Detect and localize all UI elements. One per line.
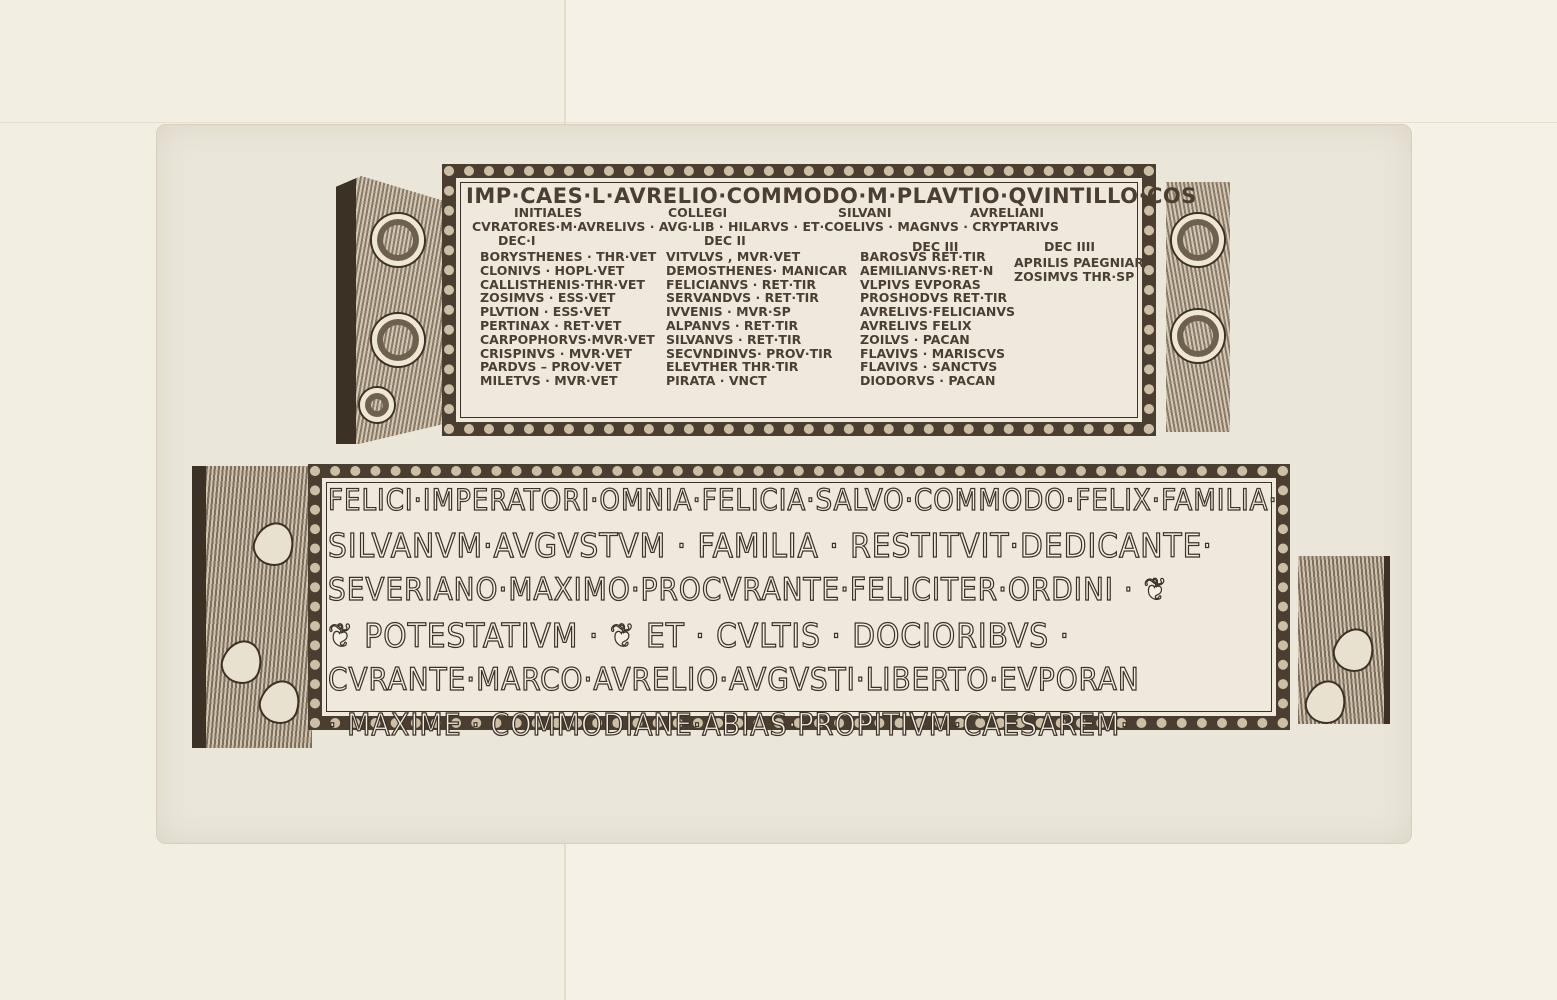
- member-line: FLAVIVS · SANCTVS: [860, 360, 1015, 374]
- decuria-4-column: APRILIS PAEGNIAR ZOSIMVS THR·SP: [1014, 256, 1144, 284]
- decuria-4-label: DEC IIII: [1044, 240, 1095, 254]
- decuria-1-label: DEC·I: [498, 234, 536, 248]
- curators-line: CVRATORES·M·AVRELIVS · AVG·LIB · HILARVS…: [472, 220, 1059, 234]
- horizontal-fold: [0, 122, 1557, 123]
- header-initiales: INITIALES: [514, 206, 582, 220]
- spiral-scroll-icon: [1172, 310, 1224, 362]
- member-line: AVRELIVS·FELICIANVS: [860, 305, 1015, 319]
- member-line: PROSHODVS RET·TIR: [860, 291, 1015, 305]
- header-silvani: SILVANI: [838, 206, 892, 220]
- inscription-line-5: CVRANTE·MARCO·AVRELIO·AVGVSTI·LIBERTO·EV…: [328, 658, 1278, 703]
- member-line: FELICIANVS · RET·TIR: [666, 278, 847, 292]
- member-line: SERVANDVS · RET·TIR: [666, 291, 847, 305]
- spiral-scroll-icon: [372, 214, 424, 266]
- member-line: DEMOSTHENES· MANICAR: [666, 264, 847, 278]
- member-line: SECVNDINVS· PROV·TIR: [666, 347, 847, 361]
- decuria-2-label: DEC II: [704, 234, 746, 248]
- member-line: BORYSTHENES · THR·VET: [480, 250, 656, 264]
- member-line: PIRATA · VNCT: [666, 374, 847, 388]
- decuria-2-column: VITVLVS , MVR·VET DEMOSTHENES· MANICAR F…: [666, 250, 847, 388]
- inscription-line-3: SEVERIANO·MAXIMO·PROCVRANTE·FELICITER·OR…: [328, 568, 1278, 613]
- member-line: CRISPINVS · MVR·VET: [480, 347, 656, 361]
- member-line: CARPOPHORVS·MVR·VET: [480, 333, 656, 347]
- member-line: ALPANVS · RET·TIR: [666, 319, 847, 333]
- member-line: MILETVS · MVR·VET: [480, 374, 656, 388]
- member-line: ELEVTHER THR·TIR: [666, 360, 847, 374]
- member-line: VLPIVS EVPORAS: [860, 278, 1015, 292]
- member-line: ZOSIMVS · ESS·VET: [480, 291, 656, 305]
- member-line: BAROSVS RET·TIR: [860, 250, 1015, 264]
- inscription-line-1: FELICI·IMPERATORI·OMNIA·FELICIA·SALVO·CO…: [328, 478, 1278, 523]
- member-line: CALLISTHENIS·THR·VET: [480, 278, 656, 292]
- inscription-line-6: · MAXIME · COMMODIANE·ABIAS·PROPITIVM·CA…: [328, 703, 1278, 748]
- member-line: ZOSIMVS THR·SP: [1014, 270, 1144, 284]
- member-line: PERTINAX · RET·VET: [480, 319, 656, 333]
- inscription-line-2: SILVANVM·AVGVSTVM · FAMILIA · RESTITVIT·…: [328, 523, 1278, 568]
- spiral-scroll-icon: [372, 314, 424, 366]
- member-line: DIODORVS · PACAN: [860, 374, 1015, 388]
- member-line: ZOILVS · PACAN: [860, 333, 1015, 347]
- member-line: FLAVIVS · MARISCVS: [860, 347, 1015, 361]
- member-line: PLVTION · ESS·VET: [480, 305, 656, 319]
- member-line: AEMILIANVS·RET·N: [860, 264, 1015, 278]
- header-aureliani: AVRELIANI: [970, 206, 1044, 220]
- member-line: VITVLVS , MVR·VET: [666, 250, 847, 264]
- member-line: AVRELIVS FELIX: [860, 319, 1015, 333]
- member-line: IVVENIS · MVR·SP: [666, 305, 847, 319]
- header-collegi: COLLEGI: [668, 206, 727, 220]
- decuria-3-column: BAROSVS RET·TIR AEMILIANVS·RET·N VLPIVS …: [860, 250, 1015, 388]
- member-line: APRILIS PAEGNIAR: [1014, 256, 1144, 270]
- member-line: PARDVS – PROV·VET: [480, 360, 656, 374]
- spiral-scroll-icon: [1172, 214, 1224, 266]
- member-line: CLONIVS · HOPL·VET: [480, 264, 656, 278]
- inscription-line-4: ❦ POTESTATIVM · ❦ ET · CVLTIS · DOCIORIB…: [328, 613, 1278, 658]
- member-line: SILVANVS · RET·TIR: [666, 333, 847, 347]
- decuria-1-column: BORYSTHENES · THR·VET CLONIVS · HOPL·VET…: [480, 250, 656, 388]
- rosette-icon: [360, 388, 394, 422]
- lower-dedication-inscription: FELICI·IMPERATORI·OMNIA·FELICIA·SALVO·CO…: [328, 478, 1278, 748]
